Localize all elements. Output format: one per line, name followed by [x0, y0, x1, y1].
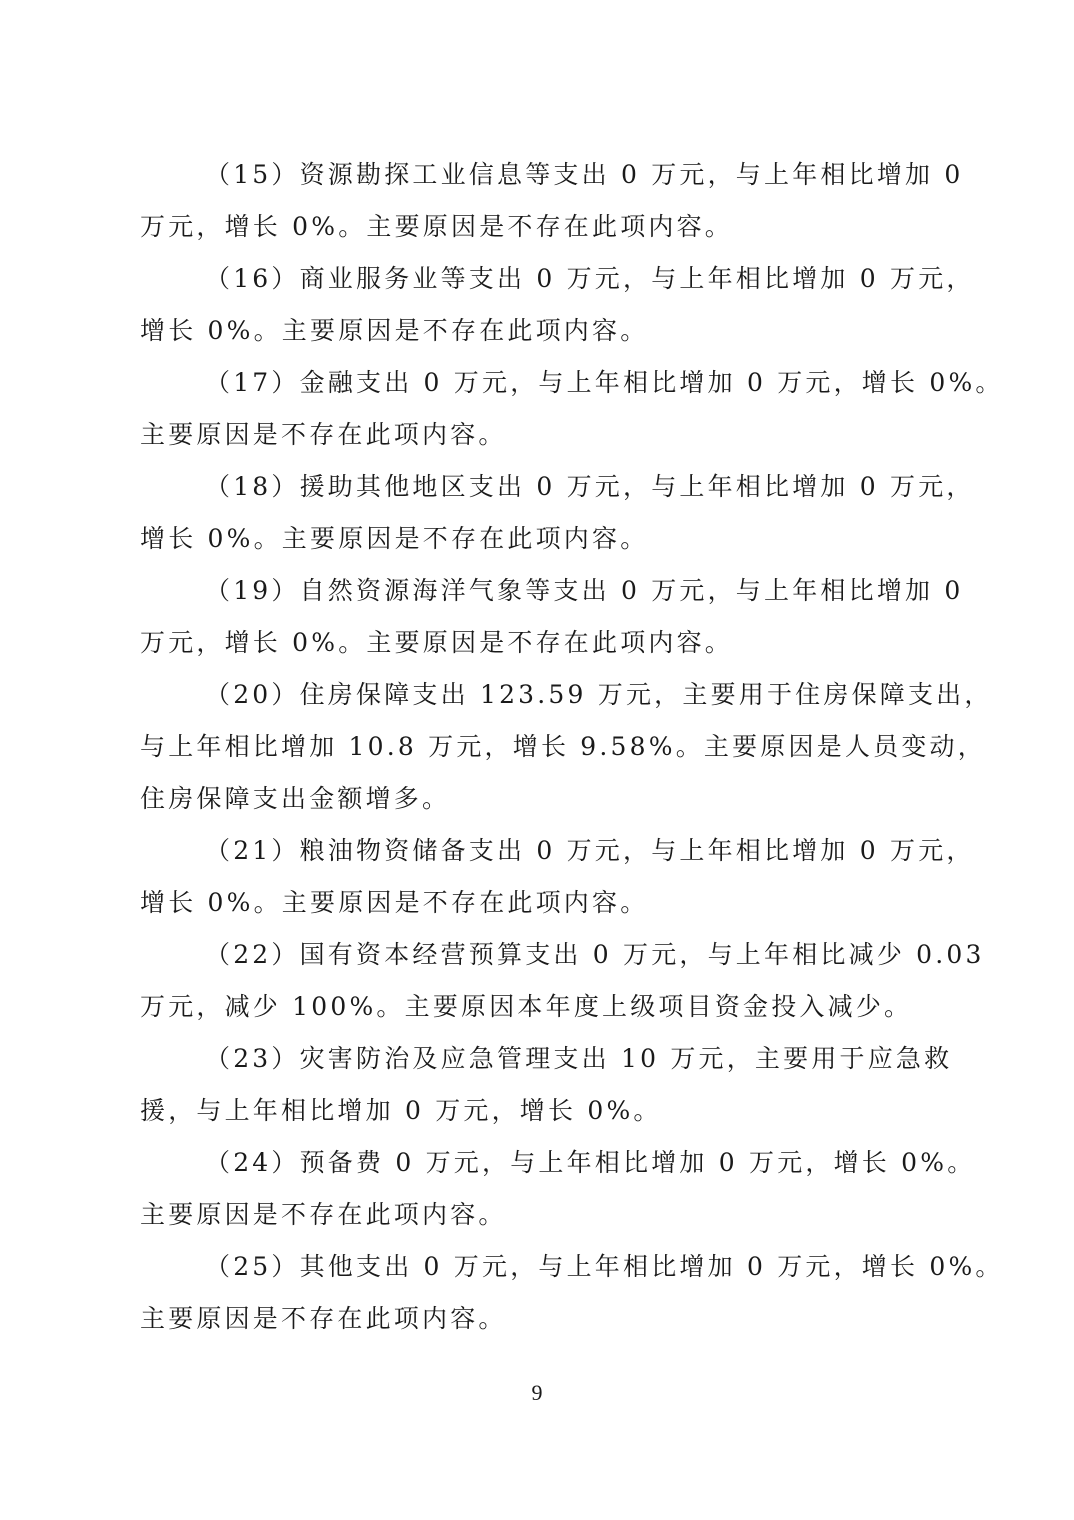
paragraph-21-line-1: （21）粮油物资储备支出 0 万元，与上年相比增加 0 万元，	[205, 836, 975, 866]
paragraph-23-line-1: （23）灾害防治及应急管理支出 10 万元，主要用于应急救	[205, 1044, 952, 1074]
paragraph-16-line-1: （16）商业服务业等支出 0 万元，与上年相比增加 0 万元，	[205, 264, 975, 294]
paragraph-20-line-3: 住房保障支出金额增多。	[140, 784, 450, 814]
paragraph-25-line-2: 主要原因是不存在此项内容。	[140, 1304, 507, 1334]
paragraph-20-line-2: 与上年相比增加 10.8 万元，增长 9.58%。主要原因是人员变动，	[140, 732, 986, 762]
paragraph-18-line-2: 增长 0%。主要原因是不存在此项内容。	[140, 524, 648, 554]
paragraph-20-line-1: （20）住房保障支出 123.59 万元，主要用于住房保障支出，	[205, 680, 993, 710]
paragraph-21-line-2: 增长 0%。主要原因是不存在此项内容。	[140, 888, 648, 918]
paragraph-19-line-2: 万元，增长 0%。主要原因是不存在此项内容。	[140, 628, 733, 658]
document-page: （15）资源勘探工业信息等支出 0 万元，与上年相比增加 0 万元，增长 0%。…	[0, 0, 1074, 1520]
paragraph-22-line-2: 万元，减少 100%。主要原因本年度上级项目资金投入减少。	[140, 992, 912, 1022]
paragraph-15-line-2: 万元，增长 0%。主要原因是不存在此项内容。	[140, 212, 733, 242]
paragraph-24-line-1: （24）预备费 0 万元，与上年相比增加 0 万元，增长 0%。	[205, 1148, 975, 1178]
paragraph-17-line-1: （17）金融支出 0 万元，与上年相比增加 0 万元，增长 0%。	[205, 368, 1004, 398]
paragraph-18-line-1: （18）援助其他地区支出 0 万元，与上年相比增加 0 万元，	[205, 472, 975, 502]
paragraph-16-line-2: 增长 0%。主要原因是不存在此项内容。	[140, 316, 648, 346]
paragraph-23-line-2: 援，与上年相比增加 0 万元，增长 0%。	[140, 1096, 662, 1126]
paragraph-22-line-1: （22）国有资本经营预算支出 0 万元，与上年相比减少 0.03	[205, 940, 985, 970]
paragraph-15-line-1: （15）资源勘探工业信息等支出 0 万元，与上年相比增加 0	[205, 160, 963, 190]
paragraph-17-line-2: 主要原因是不存在此项内容。	[140, 420, 507, 450]
page-number: 9	[0, 1380, 1074, 1406]
paragraph-19-line-1: （19）自然资源海洋气象等支出 0 万元，与上年相比增加 0	[205, 576, 963, 606]
paragraph-25-line-1: （25）其他支出 0 万元，与上年相比增加 0 万元，增长 0%。	[205, 1252, 1004, 1282]
paragraph-24-line-2: 主要原因是不存在此项内容。	[140, 1200, 507, 1230]
